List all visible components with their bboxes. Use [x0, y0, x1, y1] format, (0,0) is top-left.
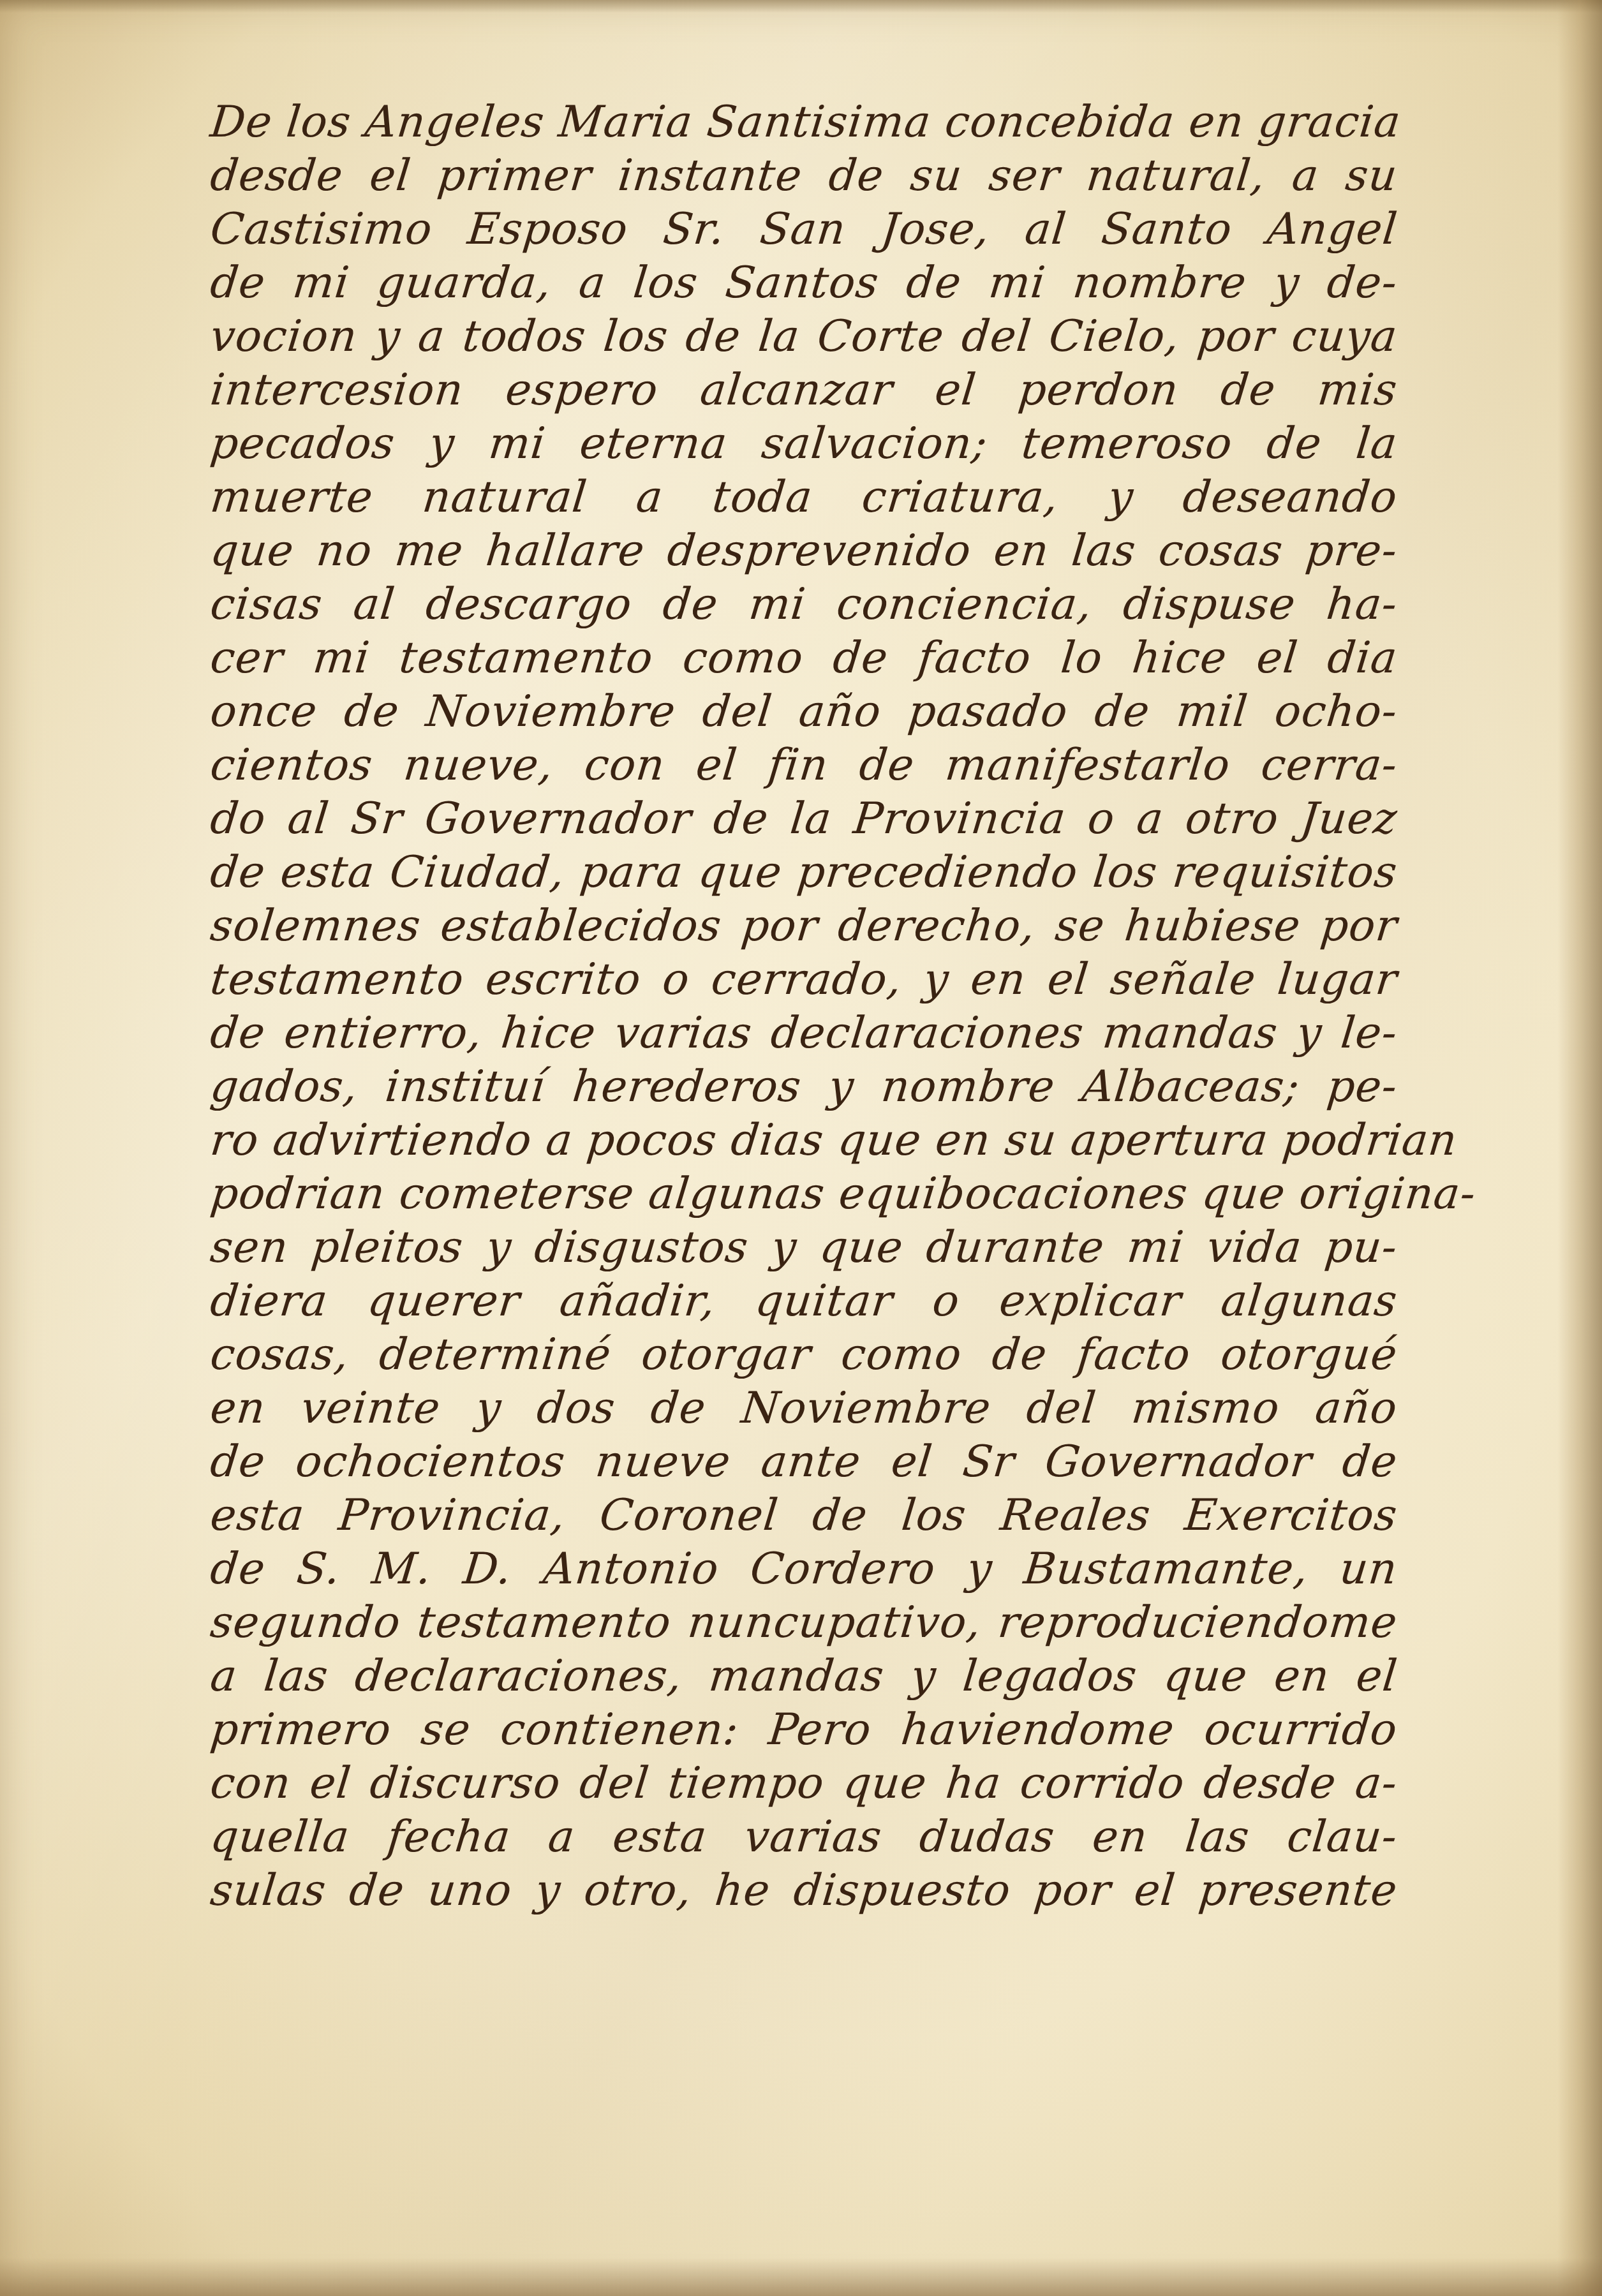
- manuscript-line: esta Provincia, Coronel de los Reales Ex…: [208, 1489, 1400, 1543]
- manuscript-line: testamento escrito o cerrado, y en el se…: [208, 953, 1400, 1007]
- page-edge-bottom: [0, 2258, 1602, 2296]
- manuscript-line: sulas de uno y otro, he dispuesto por el…: [208, 1864, 1400, 1918]
- manuscript-line: De los Angeles Maria Santisima concebida…: [208, 96, 1400, 149]
- manuscript-line: intercesion espero alcanzar el perdon de…: [208, 364, 1400, 417]
- page-edge-right: [1557, 0, 1602, 2296]
- manuscript-line: gados, instituí herederos y nombre Albac…: [208, 1060, 1400, 1114]
- manuscript-line: pecados y mi eterna salvacion; temeroso …: [208, 417, 1400, 471]
- manuscript-line: ro advirtiendo a pocos dias que en su ap…: [208, 1114, 1400, 1167]
- manuscript-line: de esta Ciudad, para que precediendo los…: [208, 846, 1400, 900]
- manuscript-line: do al Sr Governador de la Provincia o a …: [208, 792, 1400, 846]
- manuscript-line: que no me hallare desprevenido en las co…: [208, 524, 1400, 578]
- manuscript-line: de S. M. D. Antonio Cordero y Bustamante…: [208, 1543, 1400, 1596]
- manuscript-line: vocion y a todos los de la Corte del Cie…: [208, 310, 1400, 364]
- manuscript-line: en veinte y dos de Noviembre del mismo a…: [208, 1382, 1400, 1435]
- manuscript-line: desde el primer instante de su ser natur…: [208, 149, 1400, 203]
- manuscript-text: De los Angeles Maria Santisima concebida…: [211, 96, 1397, 1918]
- manuscript-line: primero se contienen: Pero haviendome oc…: [208, 1703, 1400, 1757]
- manuscript-line: de ochocientos nueve ante el Sr Governad…: [208, 1435, 1400, 1489]
- manuscript-line: segundo testamento nuncupativo, reproduc…: [208, 1596, 1400, 1650]
- manuscript-line: quella fecha a esta varias dudas en las …: [208, 1811, 1400, 1864]
- manuscript-line: sen pleitos y disgustos y que durante mi…: [208, 1221, 1400, 1275]
- manuscript-line: diera querer añadir, quitar o explicar a…: [208, 1275, 1400, 1328]
- manuscript-line: Castisimo Esposo Sr. San Jose, al Santo …: [208, 203, 1400, 256]
- manuscript-line: podrian cometerse algunas equibocaciones…: [208, 1167, 1400, 1221]
- manuscript-line: cosas, determiné otorgar como de facto o…: [208, 1328, 1400, 1382]
- manuscript-line: muerte natural a toda criatura, y desean…: [208, 471, 1400, 524]
- page-edge-top: [0, 0, 1602, 13]
- manuscript-line: a las declaraciones, mandas y legados qu…: [208, 1650, 1400, 1703]
- manuscript-line: cientos nueve, con el fin de manifestarl…: [208, 739, 1400, 792]
- manuscript-line: de entierro, hice varias declaraciones m…: [208, 1007, 1400, 1060]
- manuscript-line: con el discurso del tiempo que ha corrid…: [208, 1757, 1400, 1811]
- manuscript-line: de mi guarda, a los Santos de mi nombre …: [208, 256, 1400, 310]
- manuscript-line: solemnes establecidos por derecho, se hu…: [208, 900, 1400, 953]
- manuscript-line: cisas al descargo de mi conciencia, disp…: [208, 578, 1400, 632]
- manuscript-line: cer mi testamento como de facto lo hice …: [208, 632, 1400, 685]
- manuscript-line: once de Noviembre del año pasado de mil …: [208, 685, 1400, 739]
- manuscript-page: De los Angeles Maria Santisima concebida…: [0, 0, 1602, 2296]
